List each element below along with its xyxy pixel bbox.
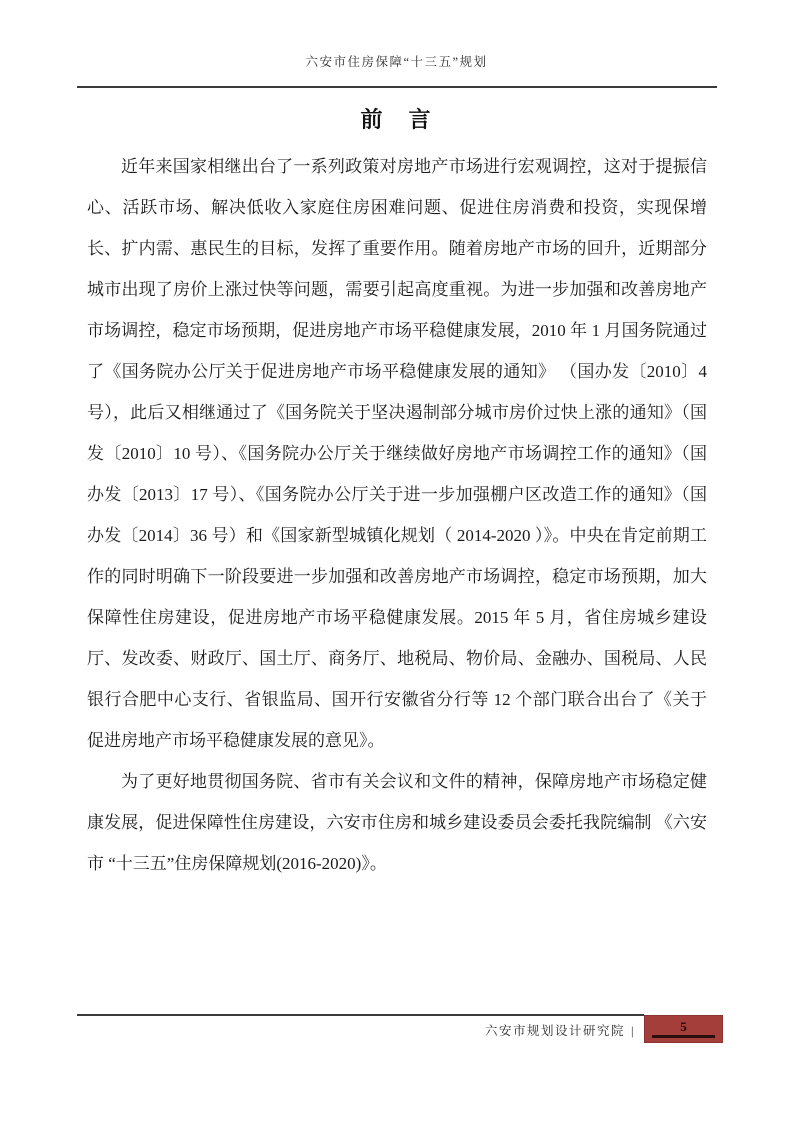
- footer-organization: 六安市规划设计研究院: [485, 1024, 625, 1038]
- page-title: 前 言: [0, 103, 793, 134]
- page-number-underline: [652, 1035, 715, 1038]
- body-paragraph-1: 近年来国家相继出台了一系列政策对房地产市场进行宏观调控，这对于提振信心、活跃市场…: [87, 146, 707, 761]
- page-number-badge: 5: [644, 1015, 723, 1043]
- document-page: 六安市住房保障“十三五”规划 前 言 近年来国家相继出台了一系列政策对房地产市场…: [0, 0, 793, 1122]
- body-paragraph-2: 为了更好地贯彻国务院、省市有关会议和文件的精神，保障房地产市场稳定健康发展，促进…: [87, 761, 707, 884]
- footer-rule: [77, 1014, 644, 1016]
- header-rule: [77, 86, 717, 88]
- page-number: 5: [645, 1016, 722, 1037]
- footer-separator: |: [631, 1024, 635, 1038]
- running-header-title: 六安市住房保障“十三五”规划: [0, 52, 793, 70]
- document-body: 近年来国家相继出台了一系列政策对房地产市场进行宏观调控，这对于提振信心、活跃市场…: [87, 146, 707, 884]
- footer: 六安市规划设计研究院|: [77, 1021, 635, 1039]
